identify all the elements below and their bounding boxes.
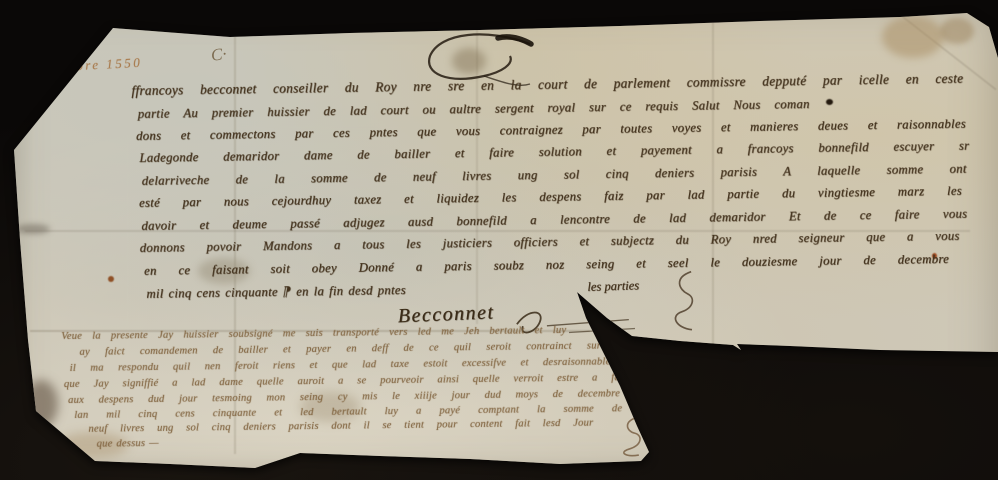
parchment-wrapper: 12 Xbre 1550 C· ffrancoys becconnet cons…	[0, 0, 998, 480]
memo-line: ay faict comandemen de bailler et payer …	[79, 340, 637, 359]
photo-black-background: 12 Xbre 1550 C· ffrancoys becconnet cons…	[0, 0, 998, 480]
memo-text-block: Veue la presente Jay huissier soubsigné …	[0, 0, 998, 480]
parchment-document: 12 Xbre 1550 C· ffrancoys becconnet cons…	[0, 0, 998, 480]
memo-line: que dessus —	[97, 436, 337, 451]
memo-paraph	[610, 413, 653, 460]
memo-line: Veue la presente Jay huissier soubsigné …	[61, 325, 566, 343]
